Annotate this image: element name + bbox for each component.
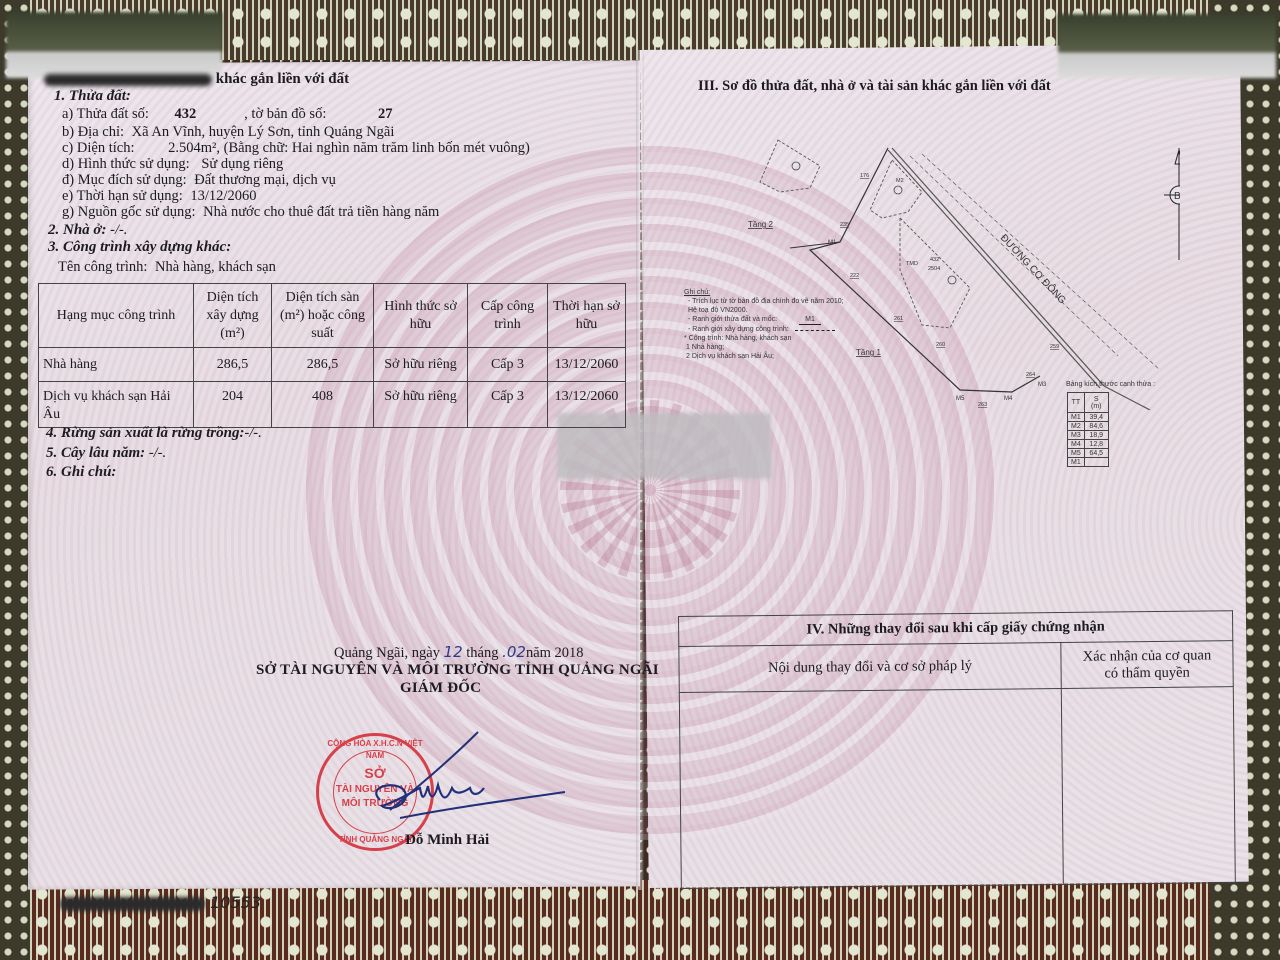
svg-text:259: 259 <box>1050 344 1059 350</box>
redacted-region <box>6 12 222 78</box>
svg-text:263: 263 <box>978 402 987 408</box>
section-2-title: khác gắn liền với đất <box>44 70 349 88</box>
signer-name: Đỗ Minh Hải <box>405 832 489 849</box>
dashed-line-sample <box>795 330 835 331</box>
origin-line: g) Nguồn gốc sử dụng: Nhà nước cho thuê … <box>62 203 439 221</box>
table-row: Dịch vụ khách sạn Hải Âu 204 408 Sở hữu … <box>39 382 626 428</box>
notes-heading: 6. Ghi chú: <box>46 463 116 481</box>
svg-text:264: 264 <box>1026 372 1035 378</box>
col-header: Diện tích xây dựng (m²) <box>194 284 272 348</box>
svg-text:235: 235 <box>840 222 849 228</box>
col-header: Xác nhận của cơ quan có thẩm quyền <box>1061 641 1233 689</box>
svg-text:M4: M4 <box>1004 396 1013 402</box>
parcel-line: a) Thửa đất số: 432 , tờ bản đồ số: 27 <box>62 105 392 123</box>
map-sheet-number: 27 <box>378 106 393 122</box>
svg-text:Tầng 1: Tầng 1 <box>856 348 881 357</box>
forest-line: 4. Rừng sản xuất là rừng trồng:-/-. <box>46 424 262 442</box>
map-legend: Ghi chú: - Trích lục từ tờ bản đồ địa ch… <box>684 288 844 361</box>
handwritten-day: 12 <box>444 643 463 661</box>
table-row: Nhà hàng 286,5 286,5 Sở hữu riêng Cấp 3 … <box>39 348 626 382</box>
col-header: Diện tích sàn (m²) hoặc công suất <box>272 284 374 348</box>
handwritten-month: .02 <box>502 643 526 661</box>
col-header: Hình thức sở hữu <box>374 284 468 348</box>
changes-content-cell <box>679 688 1063 888</box>
lace-border-bottom <box>0 880 1280 960</box>
svg-text:222: 222 <box>850 273 859 279</box>
perennial-line: 5. Cây lâu năm: -/-. <box>46 444 166 462</box>
col-header: Nội dung thay đổi và cơ sở pháp lý <box>679 642 1061 692</box>
signer-position: GIÁM ĐỐC <box>400 679 481 697</box>
svg-text:M5: M5 <box>956 396 965 402</box>
other-works-heading: 3. Công trình xây dựng khác: <box>48 238 231 256</box>
redacted-title-prefix <box>44 74 212 86</box>
house-line: 2. Nhà ở: -/-. <box>48 221 127 239</box>
section-3-title: III. Sơ đồ thửa đất, nhà ở và tài sản kh… <box>698 78 1051 95</box>
svg-text:261: 261 <box>894 316 903 322</box>
col-header: Hạng mục công trình <box>39 284 194 348</box>
svg-text:260: 260 <box>936 342 945 348</box>
handwritten-signature <box>360 730 580 820</box>
authority-confirmation-cell <box>1061 687 1235 885</box>
certificate-serial: 10553 <box>60 893 261 912</box>
redacted-region <box>1058 14 1276 78</box>
col-header: Thời hạn sở hữu <box>548 284 626 348</box>
land-heading: 1. Thửa đất: <box>54 87 131 105</box>
redacted-serial-prefix <box>60 897 205 911</box>
changes-table: IV. Những thay đổi sau khi cấp giấy chứn… <box>678 610 1236 889</box>
north-arrow-icon: B <box>1164 148 1180 260</box>
issue-date: Quảng Ngãi, ngày 12 tháng .02năm 2018 <box>334 643 584 662</box>
svg-text:176: 176 <box>860 173 869 179</box>
svg-text:M1: M1 <box>828 240 837 246</box>
work-name-line: Tên công trình: Nhà hàng, khách sạn <box>58 258 276 276</box>
dimensions-table: TT S (m) M139,4 M284,6 M318,9 M412,8 M56… <box>1067 392 1109 467</box>
svg-text:M3: M3 <box>1038 382 1047 388</box>
svg-text:M2: M2 <box>896 178 904 184</box>
svg-text:Tầng 2: Tầng 2 <box>748 220 773 229</box>
lace-border-left <box>0 0 30 960</box>
issuing-department: SỞ TÀI NGUYÊN VÀ MÔI TRƯỜNG TỈNH QUẢNG N… <box>256 661 659 679</box>
svg-text:432: 432 <box>930 257 939 263</box>
svg-text:B: B <box>1174 191 1180 202</box>
parcel-map: ĐƯỜNG CƠ ĐÔNG Tầng 2 Tầng 1 TMD 432 2504… <box>660 120 1180 410</box>
svg-text:2504: 2504 <box>928 266 940 272</box>
works-table: Hạng mục công trình Diện tích xây dựng (… <box>38 283 626 428</box>
svg-text:TMD: TMD <box>906 261 918 267</box>
parcel-dimensions: Bảng kích thước cạnh thửa : TT S (m) M13… <box>1052 381 1155 467</box>
col-header: Cấp công trình <box>468 284 548 348</box>
road-label: ĐƯỜNG CƠ ĐÔNG <box>998 231 1070 306</box>
